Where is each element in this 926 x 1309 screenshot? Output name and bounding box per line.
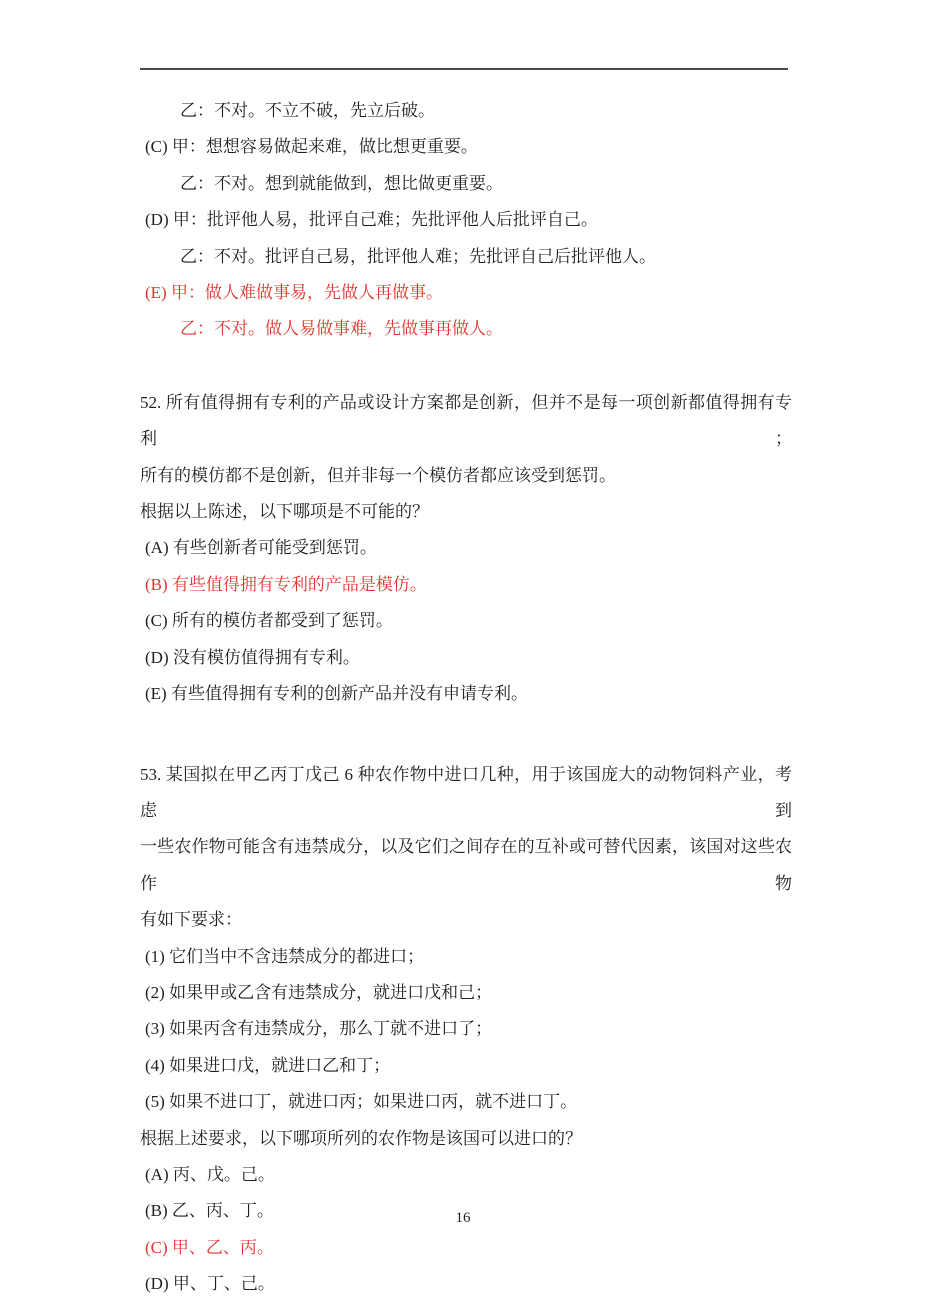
question-52-block: 52. 所有值得拥有专利的产品或设计方案都是创新，但并不是每一项创新都值得拥有专…	[140, 385, 792, 713]
question-53-stem-line: 53. 某国拟在甲乙丙丁戊己 6 种农作物中进口几种，用于该国庞大的动物饲料产业…	[140, 757, 792, 830]
question-52-stem-line: 52. 所有值得拥有专利的产品或设计方案都是创新，但并不是每一项创新都值得拥有专…	[140, 385, 792, 458]
dialogue-line-yi-highlighted: 乙：不对。做人易做事难，先做事再做人。	[140, 311, 792, 347]
question-53-prompt: 根据上述要求，以下哪项所列的农作物是该国可以进口的？	[140, 1121, 792, 1157]
condition-4-line: (4) 如果进口戊，就进口乙和丁；	[140, 1048, 792, 1084]
question-51-options-block: 乙：不对。不立不破，先立后破。 (C) 甲：想想容易做起来难，做比想更重要。 乙…	[140, 93, 792, 348]
condition-5-line: (5) 如果不进口丁，就进口丙；如果进口丙，就不进口丁。	[140, 1084, 792, 1120]
option-b-line-highlighted: (B) 有些值得拥有专利的产品是模仿。	[140, 567, 792, 603]
question-53-stem-line: 一些农作物可能含有违禁成分，以及它们之间存在的互补或可替代因素，该国对这些农作物	[140, 829, 792, 902]
option-e-line: (E) 有些值得拥有专利的创新产品并没有申请专利。	[140, 676, 792, 712]
header-rule	[140, 68, 788, 70]
dialogue-line-yi: 乙：不对。不立不破，先立后破。	[140, 93, 792, 129]
option-c-line-highlighted: (C) 甲、乙、丙。	[140, 1230, 792, 1266]
condition-3-line: (3) 如果丙含有违禁成分，那么丁就不进口了；	[140, 1011, 792, 1047]
option-c-line: (C) 所有的模仿者都受到了惩罚。	[140, 603, 792, 639]
option-d-line: (D) 没有模仿值得拥有专利。	[140, 640, 792, 676]
exam-document-page: 乙：不对。不立不破，先立后破。 (C) 甲：想想容易做起来难，做比想更重要。 乙…	[0, 0, 926, 1309]
option-d-line: (D) 甲、丁、己。	[140, 1266, 792, 1302]
dialogue-line-yi: 乙：不对。批评自己易，批评他人难；先批评自己后批评他人。	[140, 239, 792, 275]
option-a-line: (A) 丙、戊。己。	[140, 1157, 792, 1193]
question-52-prompt: 根据以上陈述，以下哪项是不可能的？	[140, 494, 792, 530]
page-content: 乙：不对。不立不破，先立后破。 (C) 甲：想想容易做起来难，做比想更重要。 乙…	[140, 93, 792, 1303]
condition-2-line: (2) 如果甲或乙含有违禁成分，就进口戊和己；	[140, 975, 792, 1011]
page-number: 16	[0, 1208, 926, 1228]
option-a-line: (A) 有些创新者可能受到惩罚。	[140, 530, 792, 566]
option-e-line-highlighted: (E) 甲：做人难做事易，先做人再做事。	[140, 275, 792, 311]
condition-1-line: (1) 它们当中不含违禁成分的都进口；	[140, 939, 792, 975]
dialogue-line-yi: 乙：不对。想到就能做到，想比做更重要。	[140, 166, 792, 202]
option-c-line: (C) 甲：想想容易做起来难，做比想更重要。	[140, 129, 792, 165]
question-52-stem-line: 所有的模仿都不是创新，但并非每一个模仿者都应该受到惩罚。	[140, 458, 792, 494]
question-53-stem-line: 有如下要求：	[140, 902, 792, 938]
option-d-line: (D) 甲：批评他人易，批评自己难；先批评他人后批评自己。	[140, 202, 792, 238]
